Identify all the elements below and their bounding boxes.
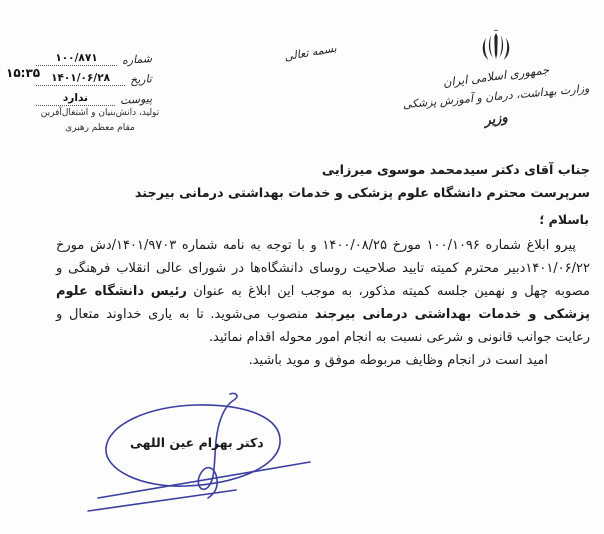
letter-date-field: تاریخ ۱۴۰۱/۰۶/۲۸ — [36, 66, 152, 86]
year-slogan-text: تولید، دانش‌بنیان و اشتغال‌آفرین — [28, 107, 172, 119]
recipient-title: سرپرست محترم دانشگاه علوم پزشکی و خدمات … — [58, 182, 590, 205]
letter-meta-block: شماره ۱۰۰/۸۷۱ تاریخ ۱۴۰۱/۰۶/۲۸ پیوست ندا… — [36, 46, 152, 106]
slogan-attribution: مقام معظم رهبری — [28, 122, 172, 134]
letter-number-label: شماره — [122, 52, 153, 67]
letterhead-block: جمهوری اسلامی ایران وزارت بهداشت، درمان … — [396, 28, 596, 127]
salutation-text: باسلام ؛ — [539, 212, 589, 227]
signature-scribble — [68, 386, 348, 526]
recipient-block: جناب آقای دکتر سیدمحمد موسوی میرزایی سرپ… — [58, 159, 590, 205]
attachment-field: پیوست ندارد — [36, 86, 152, 106]
recipient-name: جناب آقای دکتر سیدمحمد موسوی میرزایی — [58, 159, 590, 182]
attachment-value: ندارد — [36, 92, 115, 106]
signer-name: دکتر بهرام عین اللهی — [130, 435, 264, 450]
year-slogan-block: تولید، دانش‌بنیان و اشتغال‌آفرین مقام مع… — [28, 107, 172, 134]
body-paragraph: پیرو ابلاغ شماره ۱۰۰/۱۰۹۶ مورخ ۱۴۰۰/۰۸/۲… — [56, 234, 590, 349]
letter-number-value: ۱۰۰/۸۷۱ — [36, 52, 117, 66]
letter-date-value: ۱۴۰۱/۰۶/۲۸ — [36, 72, 125, 86]
bismillah-text: بسمه تعالی — [283, 42, 337, 64]
time-stamp: ۱۵:۳۵ — [6, 66, 40, 80]
letter-body: پیرو ابلاغ شماره ۱۰۰/۱۰۹۶ مورخ ۱۴۰۰/۰۸/۲… — [56, 234, 590, 372]
letter-date-label: تاریخ — [130, 72, 153, 86]
letter-page: شماره ۱۰۰/۸۷۱ تاریخ ۱۴۰۱/۰۶/۲۸ پیوست ندا… — [0, 0, 604, 534]
letter-number-field: شماره ۱۰۰/۸۷۱ — [36, 46, 152, 66]
attachment-label: پیوست — [119, 92, 152, 107]
iran-national-emblem-icon — [479, 28, 513, 68]
closing-sentence: امید است در انجام وظایف مربوطه موفق و مو… — [56, 349, 590, 372]
